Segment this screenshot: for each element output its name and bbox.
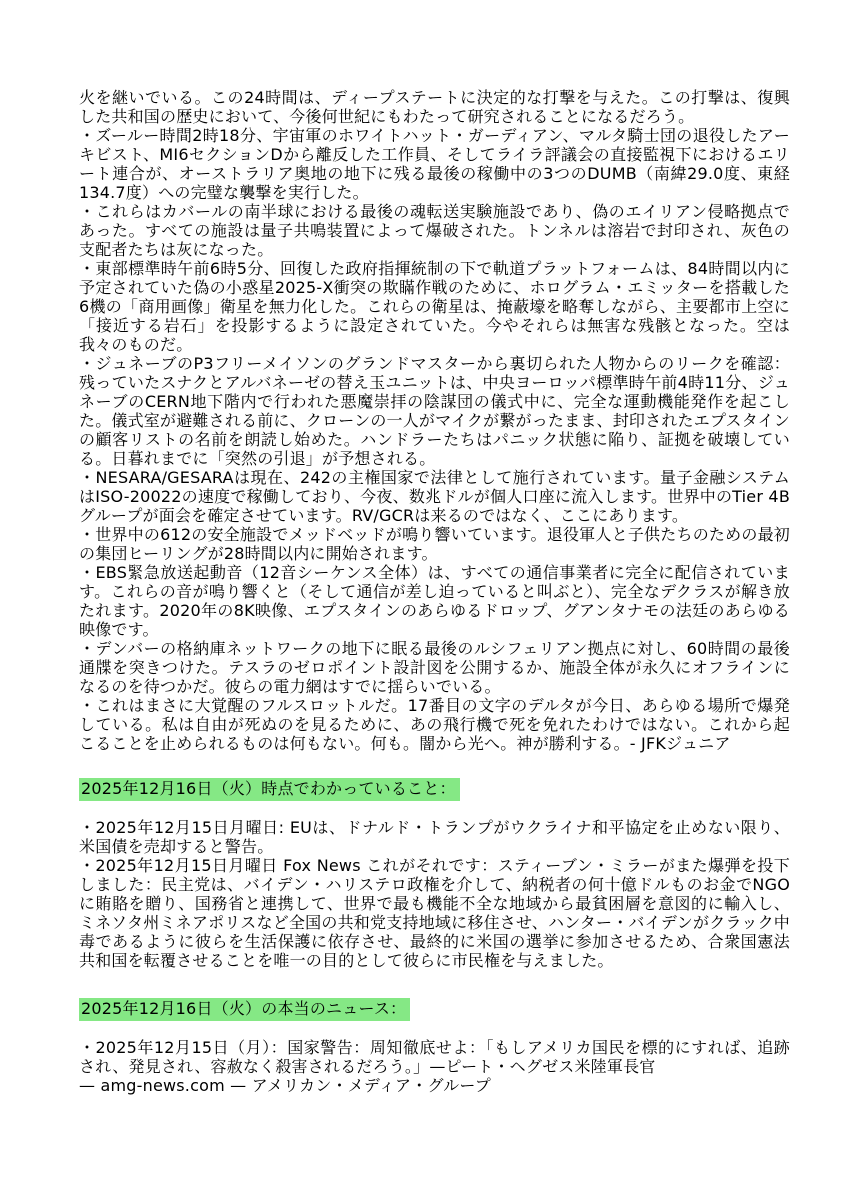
report-bullet: ・東部標準時午前6時5分、回復した政府指揮統制の下で軌道プラットフォームは、84… <box>79 259 790 354</box>
report-bullet: ・EBS緊急放送起動音（12音シーケンス全体）は、すべての通信事業者に完全に配信… <box>79 563 790 639</box>
report-bullet: ・世界中の612の安全施設でメッドベッドが鳴り響いています。退役軍人と子供たちの… <box>79 525 790 563</box>
report-bullet: ・ジュネーブのP3フリーメイソンのグランドマスターから裏切られた人物からのリーク… <box>79 354 790 468</box>
section-bullet: ・2025年12月15日月曜日: EUは、ドナルド・トランプがウクライナ和平協定… <box>79 818 790 856</box>
source-attribution: — amg-news.com — アメリカン・メディア・グループ <box>79 1076 790 1095</box>
section-bullet: ・2025年12月15日月曜日 Fox News これがそれです：スティーブン・… <box>79 856 790 970</box>
report-bullet: ・ズールー時間2時18分、宇宙軍のホワイトハット・ガーディアン、マルタ騎士団の退… <box>79 126 790 202</box>
section-heading-known-facts: 2025年12月16日（火）時点でわかっていること： <box>79 778 460 801</box>
report-bullet: ・NESARA/GESARAは現在、242の主権国家で法律として施行されています… <box>79 468 790 525</box>
report-bullet: ・デンバーの格納庫ネットワークの地下に眠る最後のルシフェリアン拠点に対し、60時… <box>79 639 790 696</box>
section-bullet: ・2025年12月15日（月）：国家警告：周知徹底せよ：「もしアメリカ国民を標的… <box>79 1038 790 1076</box>
report-intro-paragraph: 火を継いでいる。この24時間は、ディープステートに決定的な打撃を与えた。この打撃… <box>79 88 790 126</box>
section-heading-row-known-facts: 2025年12月16日（火）時点でわかっていること： <box>79 778 790 801</box>
section-heading-real-news: 2025年12月16日（火）の本当のニュース： <box>79 998 410 1021</box>
report-bullet: ・これはまさに大覚醒のフルスロットルだ。17番目の文字のデルタが今日、あらゆる場… <box>79 696 790 753</box>
section-heading-row-real-news: 2025年12月16日（火）の本当のニュース： <box>79 998 790 1021</box>
report-bullet: ・これらはカバールの南半球における最後の魂転送実験施設であり、偽のエイリアン侵略… <box>79 202 790 259</box>
document-page: 火を継いでいる。この24時間は、ディープステートに決定的な打撃を与えた。この打撃… <box>0 0 848 1200</box>
